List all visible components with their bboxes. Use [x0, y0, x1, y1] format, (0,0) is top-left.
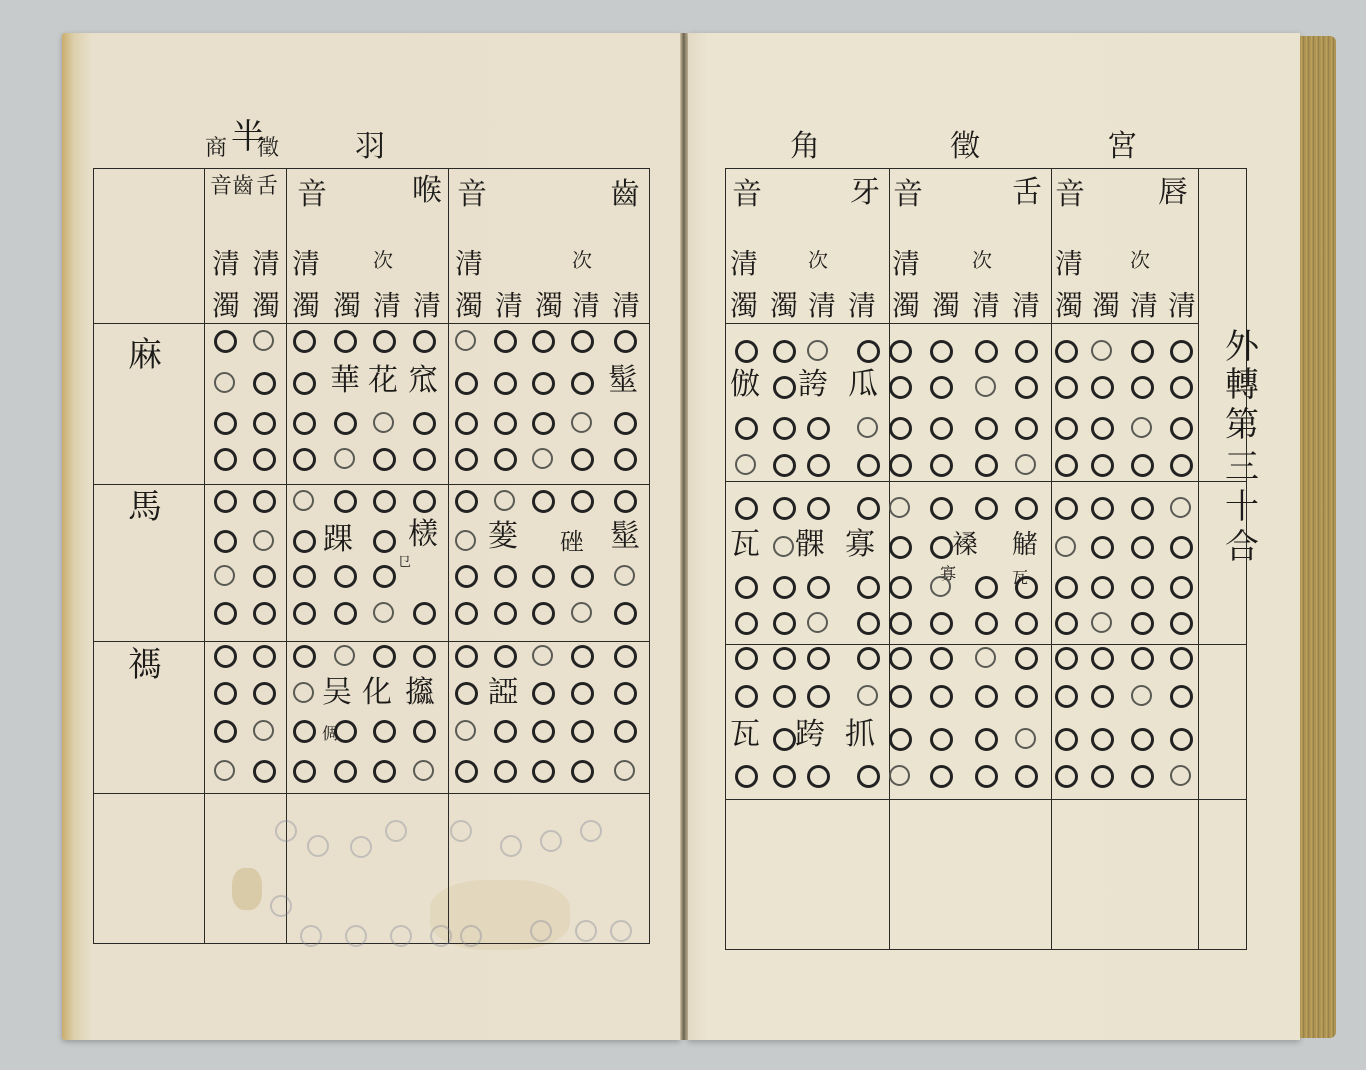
subcolumn-char: 清 [1012, 292, 1040, 320]
zero-circle [1131, 417, 1152, 438]
zero-circle [334, 412, 357, 435]
tone-label-yu: 羽 [355, 132, 385, 162]
zero-circle [214, 720, 237, 743]
zero-circle [253, 412, 276, 435]
zero-circle [1131, 536, 1154, 559]
zero-circle [413, 412, 436, 435]
zero-circle [532, 372, 555, 395]
zero-circle [857, 340, 880, 363]
rime-character: 倣 [730, 370, 760, 400]
zero-circle [1015, 497, 1038, 520]
zero-circle [1131, 576, 1154, 599]
row-label-ma-rising: 馬 [128, 490, 162, 524]
rime-character: 䛩 [488, 678, 518, 708]
zero-circle [1055, 376, 1078, 399]
zero-circle [214, 490, 237, 513]
subcolumn-char: 清 [1168, 292, 1196, 320]
zero-circle [1091, 340, 1112, 361]
zero-circle [614, 565, 635, 586]
zero-circle [614, 330, 637, 353]
subcolumn-char: 濁 [1055, 292, 1083, 320]
bleed-through-circle [345, 925, 367, 947]
note-shang: 商 [205, 138, 227, 160]
subcolumn-char: 濁 [730, 292, 758, 320]
zero-circle [773, 497, 796, 520]
rime-character: 寡 [940, 566, 956, 582]
header-char: 音 [457, 180, 487, 210]
header-char: 音 [210, 176, 232, 198]
zero-circle [889, 340, 912, 363]
bleed-through-circle [580, 820, 602, 842]
rime-character: 跨 [795, 720, 825, 750]
rime-character: 髁 [795, 530, 825, 560]
zero-circle [413, 448, 436, 471]
zero-circle [614, 448, 637, 471]
subcolumn-char: 清 [1055, 250, 1083, 278]
zero-circle [293, 682, 314, 703]
zero-circle [857, 612, 880, 635]
zero-circle [807, 454, 830, 477]
subcolumn-char: 濁 [932, 292, 960, 320]
rime-character: 寡 [845, 530, 875, 560]
subcolumn-char: 濁 [292, 292, 320, 320]
zero-circle [413, 490, 436, 513]
zero-circle [373, 412, 394, 433]
header-char: 舌 [256, 176, 278, 198]
zero-circle [773, 340, 796, 363]
note-zhi: 徵 [257, 138, 279, 160]
bleed-through-circle [307, 835, 329, 857]
bleed-through-circle [270, 895, 292, 917]
zero-circle [1091, 685, 1114, 708]
zero-circle [214, 530, 237, 553]
subcolumn-char: 次 [572, 250, 592, 270]
zero-circle [253, 565, 276, 588]
zero-circle [889, 454, 912, 477]
zero-circle [373, 330, 396, 353]
zero-circle [1131, 376, 1154, 399]
zero-circle [532, 760, 555, 783]
zero-circle [1055, 340, 1078, 363]
zero-circle [1131, 340, 1154, 363]
zero-circle [614, 682, 637, 705]
rime-character: 㔾 [398, 556, 411, 569]
zero-circle [571, 448, 594, 471]
zero-circle [975, 647, 996, 668]
zero-circle [494, 645, 517, 668]
subcolumn-char: 濁 [770, 292, 798, 320]
subcolumn-char: 清 [212, 250, 240, 278]
zero-circle [494, 490, 515, 511]
bleed-through-circle [530, 920, 552, 942]
zero-circle [373, 645, 396, 668]
zero-circle [1015, 376, 1038, 399]
subcolumn-char: 清 [972, 292, 1000, 320]
rime-character: 蓌 [488, 522, 518, 552]
subcolumn-char: 清 [1130, 292, 1158, 320]
zero-circle [253, 530, 274, 551]
zero-circle [455, 602, 478, 625]
zero-circle [293, 330, 316, 353]
zero-circle [735, 497, 758, 520]
zero-circle [494, 565, 517, 588]
zero-circle [773, 376, 796, 399]
zero-circle [1015, 612, 1038, 635]
zero-circle [293, 372, 316, 395]
zero-circle [413, 330, 436, 353]
subcolumn-char: 濁 [1092, 292, 1120, 320]
zero-circle [455, 720, 476, 741]
zero-circle [807, 765, 830, 788]
bleed-through-circle [500, 835, 522, 857]
zero-circle [532, 448, 553, 469]
zero-circle [1131, 454, 1154, 477]
zero-circle [494, 720, 517, 743]
zero-circle [614, 760, 635, 781]
zero-circle [571, 565, 594, 588]
zero-circle [857, 454, 880, 477]
zero-circle [1170, 685, 1193, 708]
header-char: 牙 [850, 178, 880, 208]
zero-circle [857, 765, 880, 788]
header-char: 音 [732, 180, 762, 210]
zero-circle [889, 647, 912, 670]
rime-character: 䂳 [560, 530, 584, 554]
zero-circle [253, 760, 276, 783]
zero-circle [975, 454, 998, 477]
zero-circle [930, 685, 953, 708]
zero-circle [773, 647, 796, 670]
zero-circle [889, 417, 912, 440]
zero-circle [494, 448, 517, 471]
bleed-through-circle [300, 925, 322, 947]
zero-circle [1131, 685, 1152, 706]
zero-circle [1091, 647, 1114, 670]
zero-circle [807, 647, 830, 670]
zero-circle [214, 372, 235, 393]
zero-circle [1015, 340, 1038, 363]
zero-circle [1170, 376, 1193, 399]
zero-circle [1091, 536, 1114, 559]
zero-circle [455, 645, 478, 668]
zero-circle [1091, 728, 1114, 751]
zero-circle [373, 448, 396, 471]
zero-circle [532, 602, 555, 625]
zero-circle [735, 765, 758, 788]
zero-circle [1131, 765, 1154, 788]
zero-circle [930, 340, 953, 363]
zero-circle [975, 765, 998, 788]
zero-circle [1091, 612, 1112, 633]
zero-circle [532, 490, 555, 513]
zero-circle [293, 602, 316, 625]
zero-circle [214, 645, 237, 668]
zero-circle [1091, 454, 1114, 477]
rime-character: 踝 [323, 525, 353, 555]
tone-label-zhi: 徵 [950, 132, 980, 162]
zero-circle [293, 530, 316, 553]
zero-circle [930, 376, 953, 399]
zero-circle [253, 720, 274, 741]
zero-circle [614, 490, 637, 513]
zero-circle [413, 720, 436, 743]
rime-character: 窊 [408, 366, 438, 396]
zero-circle [532, 412, 555, 435]
zero-circle [334, 602, 357, 625]
zero-circle [1131, 647, 1154, 670]
subcolumn-char: 清 [612, 292, 640, 320]
zero-circle [1055, 612, 1078, 635]
zero-circle [889, 728, 912, 751]
zero-circle [773, 417, 796, 440]
header-char: 音 [893, 180, 923, 210]
zero-circle [214, 602, 237, 625]
zero-circle [930, 728, 953, 751]
zero-circle [1170, 647, 1193, 670]
subcolumn-char: 濁 [535, 292, 563, 320]
zero-circle [1170, 536, 1193, 559]
zero-circle [494, 412, 517, 435]
zero-circle [413, 760, 434, 781]
zero-circle [253, 372, 276, 395]
subcolumn-char: 濁 [892, 292, 920, 320]
subcolumn-char: 次 [1130, 250, 1150, 270]
zero-circle [975, 728, 998, 751]
zero-circle [494, 760, 517, 783]
zero-circle [930, 497, 953, 520]
zero-circle [455, 760, 478, 783]
subcolumn-char: 清 [292, 250, 320, 278]
zero-circle [571, 720, 594, 743]
zero-circle [1091, 417, 1114, 440]
tone-label-gong: 宮 [1107, 132, 1137, 162]
zero-circle [532, 720, 555, 743]
zero-circle [214, 565, 235, 586]
zero-circle [975, 340, 998, 363]
header-char: 舌 [1012, 178, 1042, 208]
zero-circle [807, 576, 830, 599]
left-rime-table [93, 168, 650, 944]
zero-circle [373, 760, 396, 783]
zero-circle [857, 647, 880, 670]
bleed-through-circle [350, 836, 372, 858]
bleed-through-circle [460, 925, 482, 947]
zero-circle [373, 565, 396, 588]
zero-circle [413, 645, 436, 668]
zero-circle [1170, 728, 1193, 751]
zero-circle [1170, 497, 1191, 518]
zero-circle [975, 576, 998, 599]
zero-circle [1091, 376, 1114, 399]
zero-circle [334, 330, 357, 353]
zero-circle [1055, 497, 1078, 520]
zero-circle [1170, 417, 1193, 440]
zero-circle [455, 330, 476, 351]
rime-character: 吴 [322, 678, 352, 708]
zero-circle [293, 412, 316, 435]
bleed-through-circle [430, 925, 452, 947]
zero-circle [975, 612, 998, 635]
zero-circle [455, 682, 478, 705]
zero-circle [889, 376, 912, 399]
zero-circle [857, 497, 880, 520]
zero-circle [807, 497, 830, 520]
rime-character: 瓜 [848, 370, 878, 400]
zero-circle [1170, 612, 1193, 635]
zero-circle [930, 612, 953, 635]
bleed-through-circle [390, 925, 412, 947]
rime-character: 華 [330, 366, 360, 396]
subcolumn-char: 濁 [252, 292, 280, 320]
zero-circle [889, 765, 910, 786]
zero-circle [214, 682, 237, 705]
zero-circle [455, 372, 478, 395]
zero-circle [571, 602, 592, 623]
zero-circle [1091, 765, 1114, 788]
zero-circle [571, 645, 594, 668]
zero-circle [1170, 576, 1193, 599]
subcolumn-char: 清 [848, 292, 876, 320]
zero-circle [334, 760, 357, 783]
subcolumn-char: 次 [373, 250, 393, 270]
zero-circle [930, 417, 953, 440]
zero-circle [334, 490, 357, 513]
zero-circle [975, 376, 996, 397]
zero-circle [975, 417, 998, 440]
zero-circle [889, 497, 910, 518]
zero-circle [571, 682, 594, 705]
zero-circle [773, 454, 796, 477]
zero-circle [614, 720, 637, 743]
row-label-ma-departing: 禡 [128, 648, 162, 682]
zero-circle [214, 412, 237, 435]
zero-circle [614, 645, 637, 668]
zero-circle [857, 685, 878, 706]
zero-circle [334, 448, 355, 469]
zero-circle [1055, 454, 1078, 477]
rime-character: 誇 [798, 370, 828, 400]
page-edges [1300, 36, 1336, 1038]
zero-circle [532, 565, 555, 588]
zero-circle [494, 372, 517, 395]
zero-circle [253, 682, 276, 705]
zero-circle [1055, 536, 1076, 557]
zero-circle [214, 330, 237, 353]
zero-circle [293, 448, 316, 471]
zero-circle [1091, 497, 1114, 520]
subcolumn-char: 清 [730, 250, 758, 278]
zero-circle [293, 645, 316, 668]
zero-circle [293, 760, 316, 783]
zero-circle [857, 417, 878, 438]
zero-circle [1055, 647, 1078, 670]
bleed-through-circle [610, 920, 632, 942]
header-char: 喉 [412, 176, 442, 206]
zero-circle [455, 448, 478, 471]
zero-circle [975, 497, 998, 520]
zero-circle [293, 490, 314, 511]
zero-circle [293, 565, 316, 588]
zero-circle [413, 602, 436, 625]
zero-circle [889, 536, 912, 559]
zero-circle [494, 602, 517, 625]
zero-circle [930, 536, 953, 559]
zero-circle [1055, 765, 1078, 788]
zero-circle [1131, 612, 1154, 635]
zero-circle [735, 454, 756, 475]
zero-circle [571, 412, 592, 433]
zero-circle [614, 412, 637, 435]
subcolumn-char: 清 [373, 292, 401, 320]
zero-circle [735, 417, 758, 440]
zero-circle [373, 490, 396, 513]
rime-character: 倜 [322, 726, 338, 742]
rime-character: 瓦 [730, 530, 760, 560]
subcolumn-char: 清 [455, 250, 483, 278]
zero-circle [455, 490, 478, 513]
zero-circle [807, 340, 828, 361]
rime-character: 檨 [408, 520, 438, 550]
zero-circle [214, 448, 237, 471]
bleed-through-circle [540, 830, 562, 852]
zero-circle [1055, 728, 1078, 751]
subcolumn-char: 濁 [455, 292, 483, 320]
subcolumn-char: 濁 [212, 292, 240, 320]
bleed-through-circle [275, 820, 297, 842]
header-char: 齒 [610, 180, 640, 210]
zero-circle [735, 612, 758, 635]
subcolumn-char: 次 [972, 250, 992, 270]
zero-circle [1131, 728, 1154, 751]
zero-circle [889, 612, 912, 635]
rime-character: 瓦 [730, 720, 760, 750]
zero-circle [494, 330, 517, 353]
zero-circle [1091, 576, 1114, 599]
subcolumn-char: 次 [808, 250, 828, 270]
subcolumn-char: 清 [808, 292, 836, 320]
zero-circle [253, 645, 276, 668]
zero-circle [1055, 576, 1078, 599]
rime-character: 褬 [952, 532, 978, 558]
row-label-ma-level: 麻 [128, 338, 162, 372]
zero-circle [1015, 647, 1038, 670]
zero-circle [253, 602, 276, 625]
zero-circle [930, 454, 953, 477]
zero-circle [735, 685, 758, 708]
zero-circle [735, 340, 758, 363]
zero-circle [614, 602, 637, 625]
zero-circle [571, 760, 594, 783]
zero-circle [735, 576, 758, 599]
rime-character: 抓 [845, 720, 875, 750]
rime-character: 花 [368, 366, 398, 396]
zero-circle [773, 685, 796, 708]
zero-circle [1170, 340, 1193, 363]
zero-circle [334, 645, 355, 666]
zero-circle [773, 765, 796, 788]
zero-circle [293, 720, 316, 743]
zero-circle [807, 612, 828, 633]
zero-circle [773, 612, 796, 635]
zero-circle [1015, 728, 1036, 749]
zero-circle [1055, 417, 1078, 440]
zero-circle [1015, 765, 1038, 788]
zero-circle [1015, 685, 1038, 708]
rime-character: 化 [362, 678, 392, 708]
zero-circle [455, 530, 476, 551]
zero-circle [1015, 417, 1038, 440]
zero-circle [975, 685, 998, 708]
